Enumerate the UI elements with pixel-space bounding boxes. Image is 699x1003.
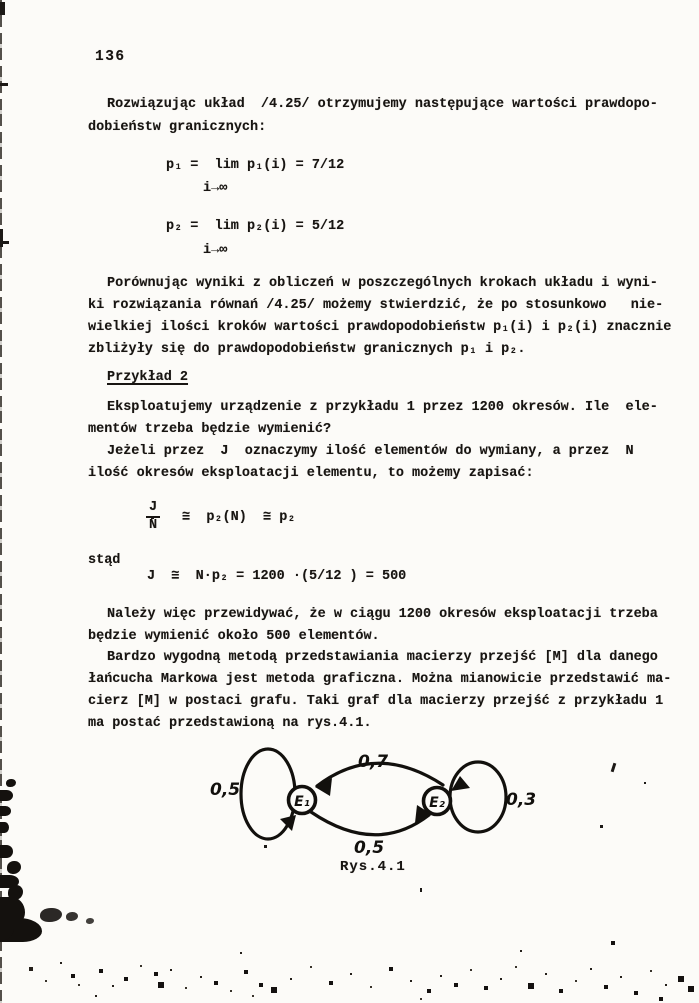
scan-mark	[644, 782, 646, 784]
example2-line-4: ilość okresów eksploatacji elementu, to …	[88, 466, 534, 481]
example2-line-2: mentów trzeba będzie wymienić?	[88, 422, 331, 437]
fraction-denominator: N	[146, 518, 160, 533]
equation-p1: p₁ = lim p₁(i) = 7/12	[166, 158, 344, 173]
probability-label-e2-to-e1: 0,7	[358, 752, 388, 772]
scan-mark	[0, 83, 8, 86]
self-loop-e2	[450, 762, 506, 832]
graph-para-line-4: ma postać przedstawioną na rys.4.1.	[88, 716, 372, 731]
scan-mark	[600, 825, 603, 828]
j-equation: J ≅ N·p₂ = 1200 ·(5/12 ) = 500	[147, 569, 406, 584]
scanned-document-page: 136 Rozwiązując układ /4.25/ otrzymujemy…	[0, 0, 699, 1003]
ink-blob	[0, 845, 13, 858]
ink-blob	[86, 918, 94, 924]
graph-para-line-1: Bardzo wygodną metodą przedstawiania mac…	[107, 650, 658, 665]
ink-blob	[0, 806, 11, 816]
probability-label-self-e2: 0,3	[506, 790, 536, 810]
ratio-equation-rest: ≅ p₂(N) ≅ p₂	[182, 510, 295, 525]
scan-mark	[0, 229, 3, 247]
arrowhead-self-e1	[280, 815, 296, 831]
intro-line-1: Rozwiązując układ /4.25/ otrzymujemy nas…	[107, 97, 658, 112]
intro-line-2: dobieństw granicznych:	[88, 120, 266, 135]
probability-label-e1-to-e2: 0,5	[354, 838, 384, 858]
ink-blob	[7, 861, 21, 874]
scan-mark	[0, 241, 9, 244]
ink-blob	[0, 790, 13, 801]
ratio-fraction: J N	[146, 501, 160, 533]
stad-label: stąd	[88, 553, 120, 568]
graph-para-line-2: łańcucha Markowa jest metoda graficzna. …	[88, 672, 671, 687]
figure-caption: Rys.4.1	[340, 859, 406, 875]
conclusion-line-1: Należy więc przewidywać, że w ciągu 1200…	[107, 607, 658, 622]
example2-heading: Przykład 2	[107, 370, 188, 385]
state-label-e1: E₁	[294, 794, 310, 810]
equation-p2-limit: i→∞	[203, 243, 227, 258]
page-number: 136	[95, 50, 126, 65]
ink-blob	[0, 822, 9, 833]
ink-blob	[40, 908, 62, 922]
state-label-e2: E₂	[429, 795, 446, 811]
equation-p2: p₂ = lim p₂(i) = 5/12	[166, 219, 344, 234]
fraction-numerator: J	[146, 501, 160, 518]
equation-p1-limit: i→∞	[203, 181, 227, 196]
compare-line-2: ki rozwiązania równań /4.25/ możemy stwi…	[88, 298, 663, 313]
conclusion-line-2: będzie wymienić około 500 elementów.	[88, 629, 380, 644]
scan-mark	[611, 763, 617, 772]
arc-e1-to-e2	[311, 812, 429, 835]
scan-noise	[0, 940, 2, 942]
graph-para-line-3: cierz [M] w postaci grafu. Taki graf dla…	[88, 694, 663, 709]
scan-mark	[420, 888, 422, 892]
example2-line-1: Eksploatujemy urządzenie z przykładu 1 p…	[107, 400, 658, 415]
example2-line-3: Jeżeli przez J oznaczymy ilość elementów…	[107, 444, 634, 459]
probability-label-self-e1: 0,5	[210, 780, 240, 800]
compare-line-3: wielkiej ilości kroków wartości prawdopo…	[88, 320, 671, 335]
ink-blob	[6, 779, 16, 787]
compare-line-4: zbliżyły się do prawdopodobieństw granic…	[88, 342, 525, 357]
compare-line-1: Porównując wyniki z obliczeń w poszczegó…	[107, 276, 658, 291]
ink-blob	[66, 912, 78, 921]
scan-mark	[0, 2, 5, 15]
